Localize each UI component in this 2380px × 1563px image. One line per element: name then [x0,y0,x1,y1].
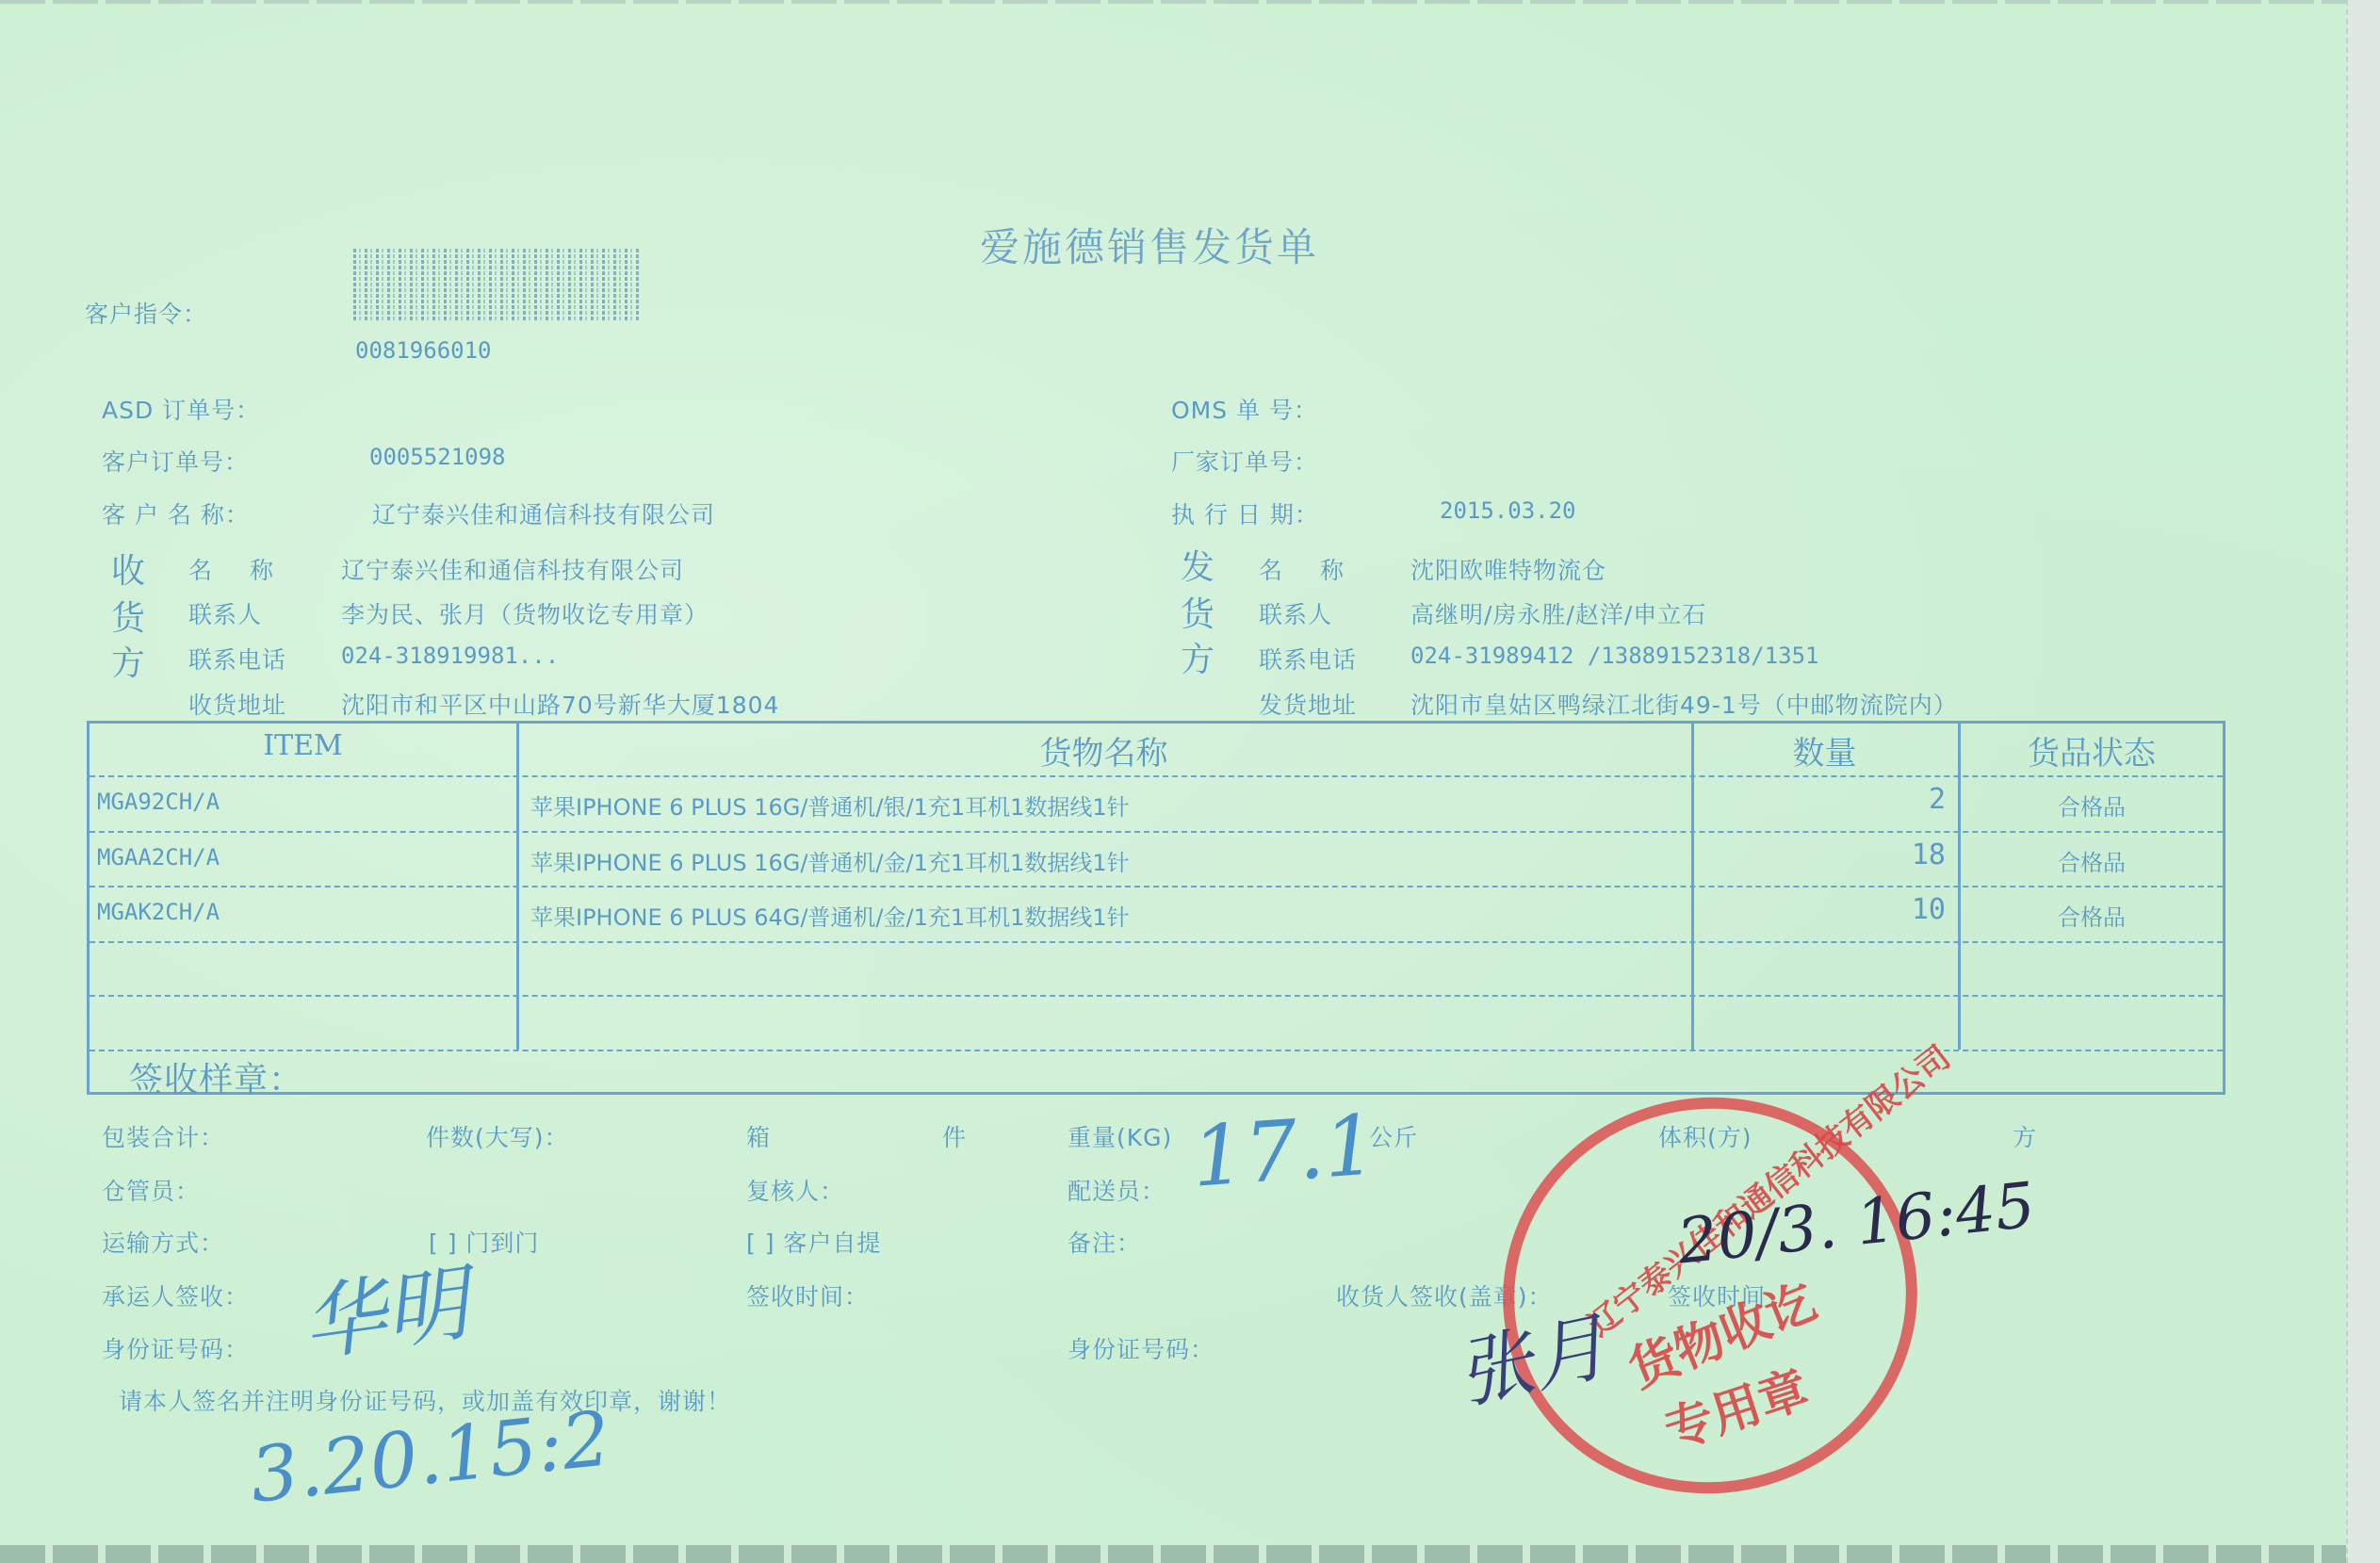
cubic-label: 方 [2013,1119,2037,1153]
customer-name-label: 客 户 名 称： [102,497,250,530]
cell-item: MGAA2CH/A [97,844,512,871]
table-row: MGAK2CH/A苹果IPHONE 6 PLUS 64G/普通机/金/1充1耳机… [90,886,2223,940]
handwritten-weight: 17.1 [1189,1096,1380,1205]
header-goods-name: 货物名称 [516,727,1691,773]
cell-item: MGAK2CH/A [97,899,512,925]
header-item: ITEM [90,729,516,762]
receiver-phone-value: 024-318919981... [341,643,559,669]
cell-name: 苹果IPHONE 6 PLUS 16G/普通机/银/1充1耳机1数据线1针 [530,789,1685,822]
reviewer-label: 复核人： [746,1173,844,1207]
courier-label: 配送员： [1068,1173,1166,1207]
cell-qty: 2 [1691,783,1946,816]
warehouse-keeper-label: 仓管员： [102,1173,200,1207]
cell-name: 苹果IPHONE 6 PLUS 64G/普通机/金/1充1耳机1数据线1针 [530,899,1685,932]
cell-status: 合格品 [1958,899,2225,932]
piece-label: 件 [942,1119,967,1153]
top-perforation [0,0,2346,4]
receiver-side-char-2: 货 [111,592,146,640]
table-row [90,995,2223,1050]
receiver-side-char-3: 方 [111,637,146,685]
id-number-label-left: 身份证号码： [102,1331,249,1365]
pieces-label: 件数(大写)： [426,1119,569,1153]
receiver-contact-label: 联系人 [188,596,262,630]
customer-name-value: 辽宁泰兴佳和通信科技有限公司 [372,497,715,530]
sender-contact-value: 高继明/房永胜/赵洋/申立石 [1410,596,1706,630]
sign-sample-label: 签收样章： [129,1053,303,1101]
sender-address-label: 发货地址 [1259,687,1357,721]
asd-order-label: ASD 订单号： [102,392,260,426]
barcode-number: 0081966010 [355,337,492,364]
cell-item: MGA92CH/A [97,789,512,815]
customer-order-label: 客户订单号： [102,444,249,478]
customer-instruction-label: 客户指令： [85,296,207,330]
sender-address-value: 沈阳市皇姑区鸭绿江北街49-1号（中邮物流院内） [1410,687,1958,721]
receiver-address-value: 沈阳市和平区中山路70号新华大厦1804 [341,687,779,721]
sender-phone-value: 024-31989412 /13889152318/1351 [1410,643,1818,669]
exec-date-value: 2015.03.20 [1440,497,1576,524]
cell-qty: 18 [1691,838,1946,871]
sender-side-char-3: 方 [1181,633,1215,681]
factory-order-label: 厂家订单号： [1171,444,1318,478]
weight-label: 重量(KG) [1068,1119,1172,1153]
sender-side-char-2: 货 [1181,588,1215,636]
receiver-contact-value: 李为民、张月（货物收讫专用章） [341,596,709,630]
carrier-signature: 华明 [294,1237,475,1377]
receiver-phone-label: 联系电话 [188,642,286,676]
receiver-name-label: 名 称 [188,552,274,586]
id-number-label-right: 身份证号码： [1068,1331,1214,1365]
bottom-perforation [0,1545,2346,1563]
sign-time-label: 签收时间： [746,1278,869,1312]
package-total-label: 包装合计： [102,1119,224,1153]
receiver-side-char-1: 收 [111,545,146,593]
barcode-graphic [353,247,641,320]
document-title: 爱施德销售发货单 [980,217,1319,273]
transport-label: 运输方式： [102,1225,224,1259]
goods-table: ITEM 货物名称 数量 货品状态 MGA92CH/A苹果IPHONE 6 PL… [87,721,2225,1095]
sender-side-char-1: 发 [1181,541,1215,589]
customer-order-value: 0005521098 [369,444,506,470]
right-tear-edge [2346,0,2380,1563]
signature-notice: 请本人签名并注明身份证号码，或加盖有效印章，谢谢！ [119,1383,731,1417]
remarks-label: 备注： [1068,1225,1141,1259]
cell-status: 合格品 [1958,789,2225,822]
box-label: 箱 [746,1119,771,1153]
carrier-sign-label: 承运人签收： [102,1278,249,1312]
oms-order-label: OMS 单 号： [1171,392,1318,426]
header-status: 货品状态 [1958,727,2225,773]
table-row: MGAA2CH/A苹果IPHONE 6 PLUS 16G/普通机/金/1充1耳机… [90,831,2223,886]
exec-date-label: 执 行 日 期： [1171,497,1319,530]
table-row [90,941,2223,996]
table-rule [90,1050,2223,1051]
self-pickup-option[interactable]: [ ] 客户自提 [746,1225,881,1259]
receiver-address-label: 收货地址 [188,687,286,721]
sender-contact-label: 联系人 [1259,596,1332,630]
cell-qty: 10 [1691,893,1946,926]
header-quantity: 数量 [1691,727,1958,773]
sender-name-label: 名 称 [1259,552,1345,586]
sender-name-value: 沈阳欧唯特物流仓 [1410,552,1606,586]
cell-status: 合格品 [1958,844,2225,877]
table-row: MGA92CH/A苹果IPHONE 6 PLUS 16G/普通机/银/1充1耳机… [90,775,2223,830]
sender-phone-label: 联系电话 [1259,642,1357,676]
receiver-name-value: 辽宁泰兴佳和通信科技有限公司 [341,552,684,586]
cell-name: 苹果IPHONE 6 PLUS 16G/普通机/金/1充1耳机1数据线1针 [530,844,1685,877]
